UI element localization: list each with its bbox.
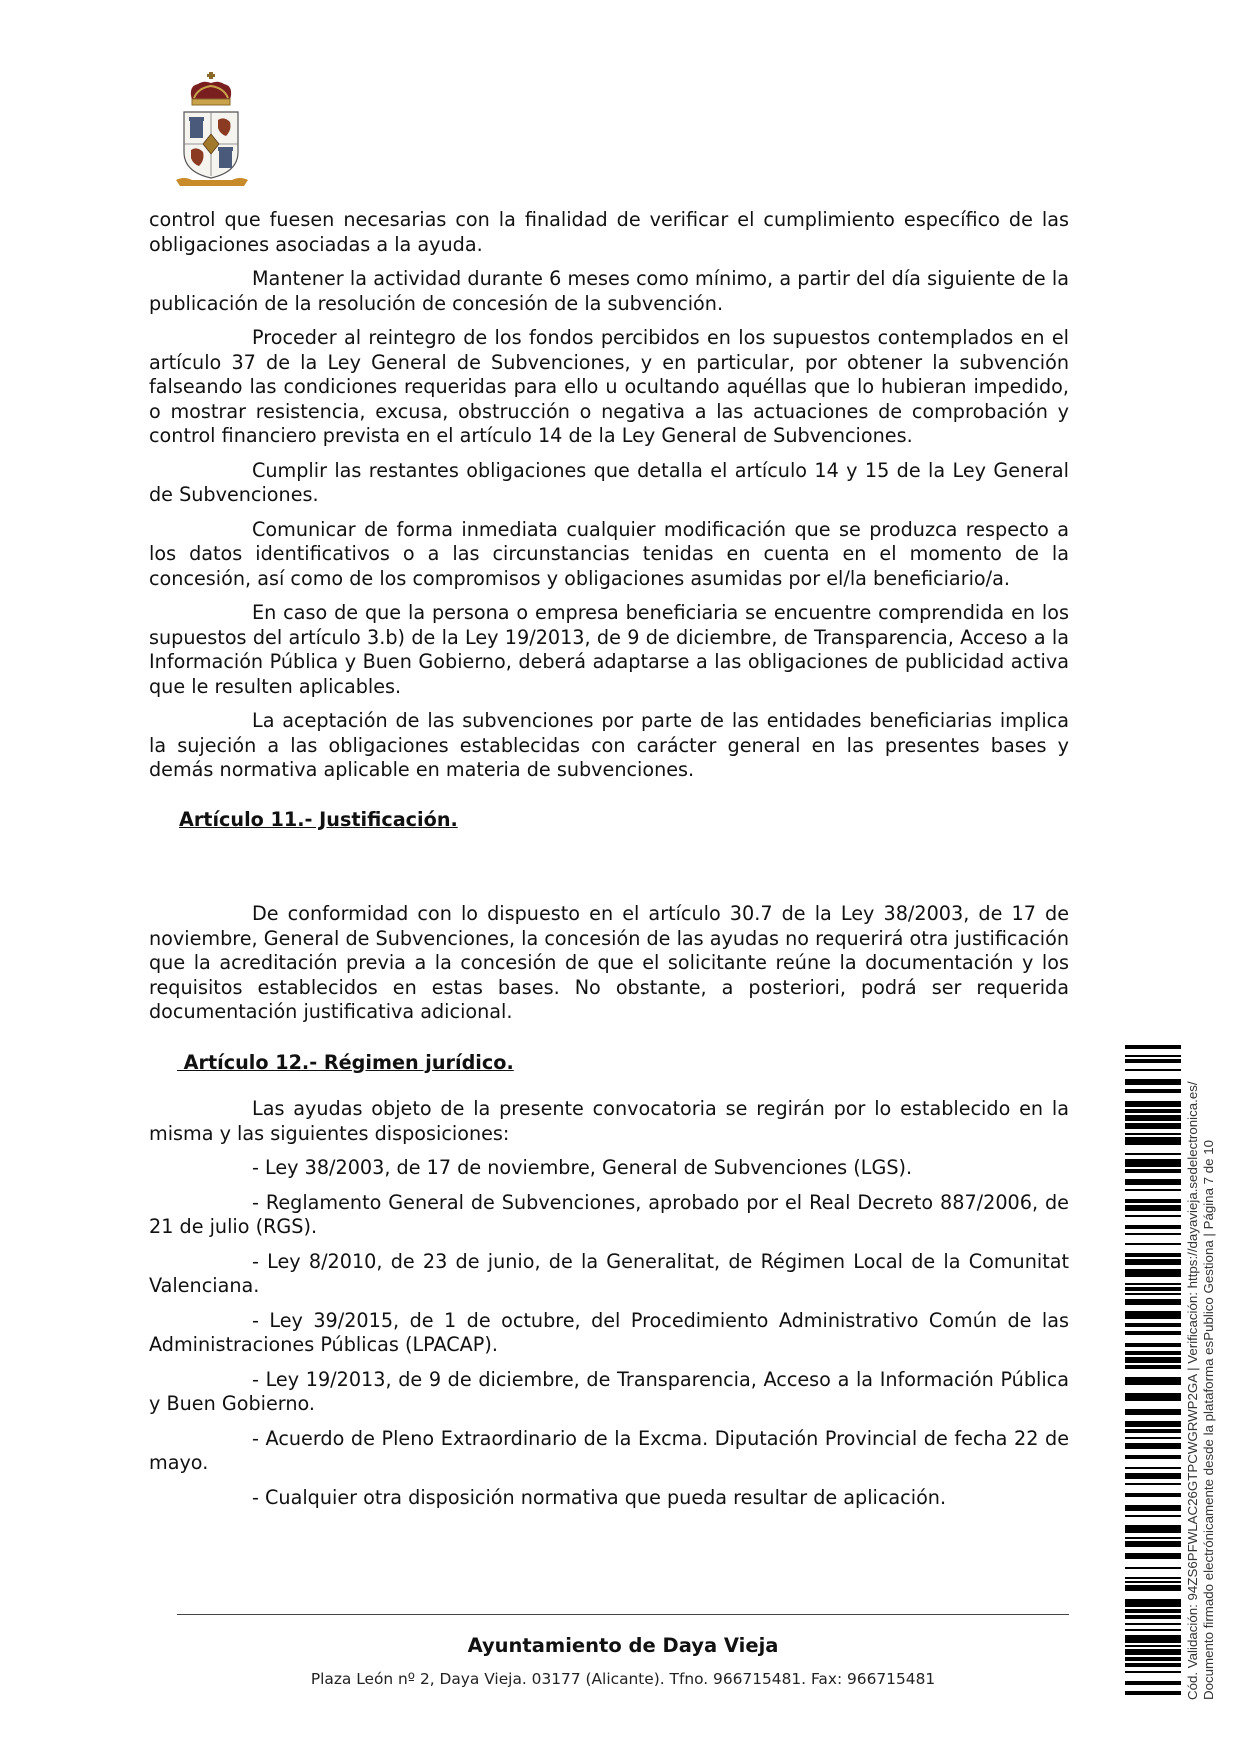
paragraph: La aceptación de las subvenciones por pa…	[149, 709, 1069, 783]
validation-text: Cód. Validación: 94ZS6PFWLAC26GTPCWGRWP2…	[1185, 1081, 1217, 1700]
coat-of-arms-logo	[174, 72, 250, 188]
paragraph: En caso de que la persona o empresa bene…	[149, 601, 1069, 699]
article-12-heading: Artículo 12.- Régimen jurídico.	[177, 1051, 1069, 1076]
signature-platform-line: Documento firmado electrónicamente desde…	[1201, 1081, 1217, 1700]
coat-of-arms-icon	[174, 72, 250, 188]
footer-divider	[177, 1614, 1069, 1615]
list-item: - Ley 38/2003, de 17 de noviembre, Gener…	[149, 1156, 1069, 1181]
paragraph: Mantener la actividad durante 6 meses co…	[149, 267, 1069, 316]
list-item: - Ley 39/2015, de 1 de octubre, del Proc…	[149, 1309, 1069, 1358]
article-11-heading: Artículo 11.- Justificación.	[179, 808, 1069, 833]
footer-address: Plaza León nº 2, Daya Vieja. 03177 (Alic…	[177, 1670, 1069, 1688]
paragraph: Proceder al reintegro de los fondos perc…	[149, 326, 1069, 449]
paragraph: control que fuesen necesarias con la fin…	[149, 208, 1069, 257]
paragraph: Las ayudas objeto de la presente convoca…	[149, 1097, 1069, 1146]
barcode-icon	[1125, 1045, 1181, 1695]
validation-code-line: Cód. Validación: 94ZS6PFWLAC26GTPCWGRWP2…	[1185, 1081, 1201, 1700]
list-item: - Ley 19/2013, de 9 de diciembre, de Tra…	[149, 1368, 1069, 1417]
paragraph: Cumplir las restantes obligaciones que d…	[149, 459, 1069, 508]
list-item: - Reglamento General de Subvenciones, ap…	[149, 1191, 1069, 1240]
list-item: - Cualquier otra disposición normativa q…	[149, 1486, 1069, 1511]
paragraph: Comunicar de forma inmediata cualquier m…	[149, 518, 1069, 592]
document-body: control que fuesen necesarias con la fin…	[149, 208, 1069, 1520]
list-item: - Acuerdo de Pleno Extraordinario de la …	[149, 1427, 1069, 1476]
list-item: - Ley 8/2010, de 23 de junio, de la Gene…	[149, 1250, 1069, 1299]
paragraph: De conformidad con lo dispuesto en el ar…	[149, 902, 1069, 1025]
footer-title: Ayuntamiento de Daya Vieja	[177, 1634, 1069, 1657]
